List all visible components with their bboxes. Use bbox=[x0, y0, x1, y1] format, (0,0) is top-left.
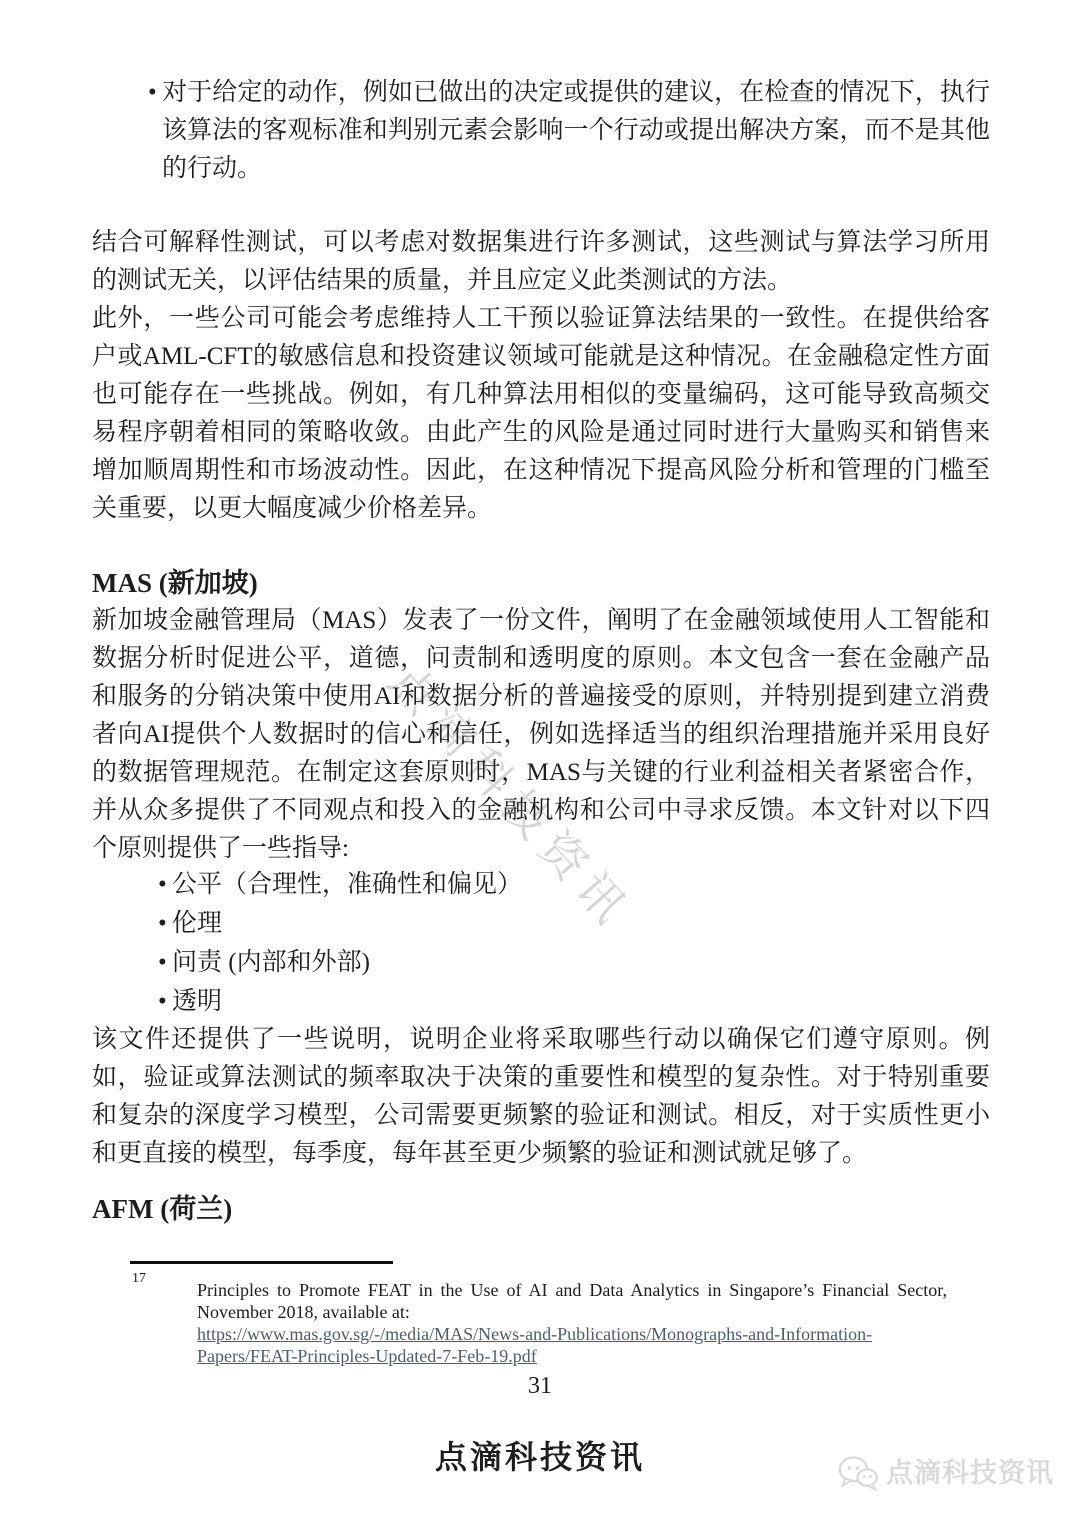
mas-paragraph-2: 该文件还提供了一些说明，说明企业将采取哪些行动以确保它们遵守原则。例如，验证或算… bbox=[92, 1021, 990, 1173]
footnote-separator bbox=[130, 1261, 393, 1264]
principles-list: •公平（合理性，准确性和偏见） •伦理 •问责 (内部和外部) •透明 bbox=[92, 865, 990, 1021]
bullet-dot-icon: • bbox=[148, 74, 162, 112]
list-item: •伦理 bbox=[92, 904, 990, 943]
bullet-dot-icon: • bbox=[158, 943, 172, 982]
mas-paragraph-1: 新加坡金融管理局（MAS）发表了一份文件，阐明了在金融领域使用人工智能和数据分析… bbox=[92, 602, 990, 868]
principle-transparency: 透明 bbox=[172, 988, 222, 1015]
paragraph-in-addition: 此外，一些公司可能会考虑维持人工干预以验证算法结果的一致性。在提供给客户或AML… bbox=[92, 300, 990, 528]
footnote-body: Principles to Promote FEAT in the Use of… bbox=[197, 1279, 947, 1367]
list-item: •透明 bbox=[92, 982, 990, 1021]
principle-fairness: 公平（合理性，准确性和偏见） bbox=[172, 871, 522, 898]
section-heading-mas: MAS (新加坡) bbox=[92, 564, 258, 602]
principle-accountability: 问责 (内部和外部) bbox=[172, 949, 370, 976]
corner-brand-logo: 点滴科技资讯 bbox=[836, 1452, 1054, 1494]
chat-bubbles-icon bbox=[836, 1452, 880, 1494]
bullet-dot-icon: • bbox=[158, 982, 172, 1021]
footnote-link[interactable]: https://www.mas.gov.sg/-/media/MAS/News-… bbox=[197, 1323, 947, 1367]
footnote-number: 17 bbox=[132, 1272, 146, 1286]
paragraph-testing: 结合可解释性测试，可以考虑对数据集进行许多测试，这些测试与算法学习所用的测试无关… bbox=[92, 224, 990, 300]
footnote-text-line2: November 2018, available at: bbox=[197, 1301, 947, 1323]
bullet-dot-icon: • bbox=[158, 865, 172, 904]
footnote-link-line2[interactable]: Papers/FEAT-Principles-Updated-7-Feb-19.… bbox=[197, 1345, 947, 1367]
intro-bullet-item: •对于给定的动作，例如已做出的决定或提供的建议，在检查的情况下，执行该算法的客观… bbox=[92, 74, 990, 188]
bullet-dot-icon: • bbox=[158, 904, 172, 943]
paragraph-block-1: 结合可解释性测试，可以考虑对数据集进行许多测试，这些测试与算法学习所用的测试无关… bbox=[92, 224, 990, 528]
page-number: 31 bbox=[0, 1374, 1080, 1398]
principle-ethics: 伦理 bbox=[172, 910, 222, 937]
list-item: •公平（合理性，准确性和偏见） bbox=[92, 865, 990, 904]
section-heading-afm: AFM (荷兰) bbox=[92, 1190, 232, 1228]
list-item: •问责 (内部和外部) bbox=[92, 943, 990, 982]
footnote-text-line1: Principles to Promote FEAT in the Use of… bbox=[197, 1279, 947, 1301]
footnote-link-line1[interactable]: https://www.mas.gov.sg/-/media/MAS/News-… bbox=[197, 1323, 947, 1345]
intro-bullet-text: 对于给定的动作，例如已做出的决定或提供的建议，在检查的情况下，执行该算法的客观标… bbox=[162, 79, 990, 182]
corner-logo-text: 点滴科技资讯 bbox=[886, 1458, 1054, 1488]
document-page: 点滴科技资讯 •对于给定的动作，例如已做出的决定或提供的建议，在检查的情况下，执… bbox=[0, 0, 1080, 1528]
